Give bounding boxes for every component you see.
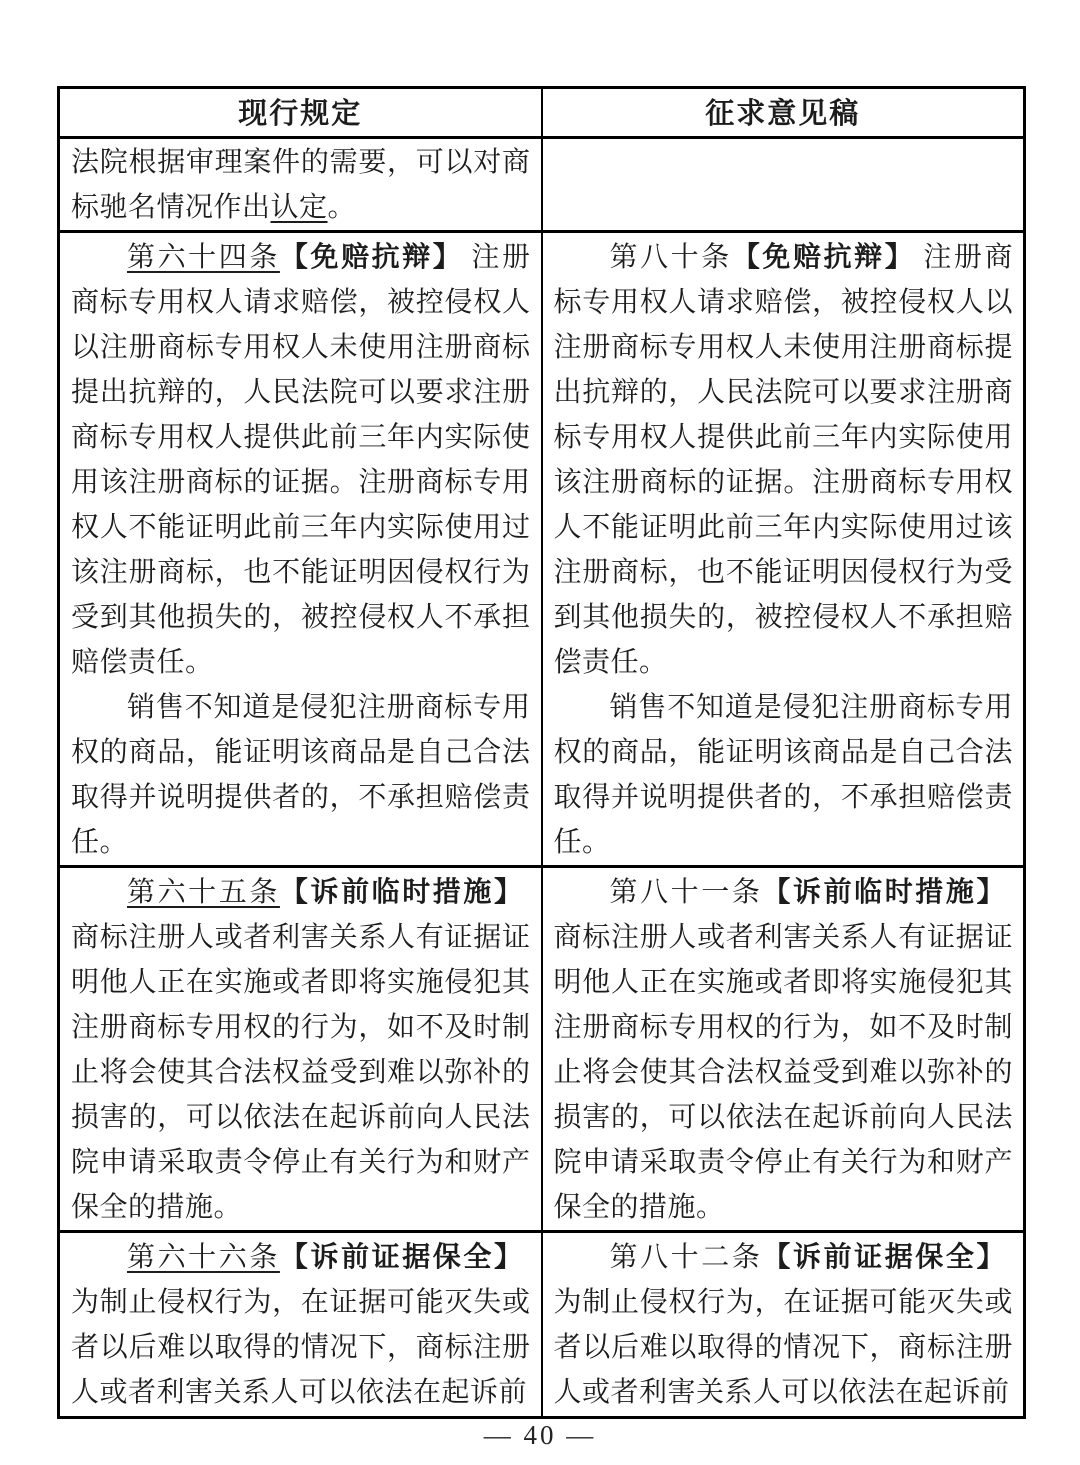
paragraph: 第六十四条【免赔抗辩】注册商标专用权人请求赔偿，被控侵权人以注册商标专用权人未使… <box>71 234 531 685</box>
paragraph-text: 注册商标专用权人请求赔偿，被控侵权人以注册商标专用权人未使用注册商标提出抗辩的，… <box>554 242 1014 678</box>
article-title: 【免赔抗辩】 <box>732 241 915 272</box>
cell-draft-article-81: 第八十一条【诉前临时措施】商标注册人或者利害关系人有证据证明他人正在实施或者即将… <box>542 867 1025 1232</box>
cell-current-carryover: 法院根据审理案件的需要，可以对商标驰名情况作出认定。 <box>59 138 542 232</box>
comparison-table: 现行规定 征求意见稿 法院根据审理案件的需要，可以对商标驰名情况作出认定。 第六… <box>57 86 1026 1419</box>
cell-draft-article-80: 第八十条【免赔抗辩】注册商标专用权人请求赔偿，被控侵权人以注册商标专用权人未使用… <box>542 232 1025 867</box>
page-number: — 40 — <box>0 1420 1080 1451</box>
paragraph-text: 商标注册人或者利害关系人有证据证明他人正在实施或者即将实施侵犯其注册商标专用权的… <box>71 922 531 1223</box>
paragraph-text: 注册商标专用权人请求赔偿，被控侵权人以注册商标专用权人未使用注册商标提出抗辩的，… <box>71 242 531 678</box>
article-title: 【诉前证据保全】 <box>762 1241 1005 1272</box>
column-header-current-provisions: 现行规定 <box>59 88 542 138</box>
paragraph: 法院根据审理案件的需要，可以对商标驰名情况作出认定。 <box>71 140 531 230</box>
paragraph-text: 商标注册人或者利害关系人有证据证明他人正在实施或者即将实施侵犯其注册商标专用权的… <box>554 922 1014 1223</box>
cell-draft-empty <box>542 138 1025 232</box>
article-number: 第八十条 <box>610 242 732 273</box>
underlined-term: 认定 <box>271 192 328 223</box>
article-number: 第六十六条 <box>127 1242 280 1273</box>
article-title: 【免赔抗辩】 <box>280 241 463 272</box>
table-row-article-64-80: 第六十四条【免赔抗辩】注册商标专用权人请求赔偿，被控侵权人以注册商标专用权人未使… <box>59 232 1025 867</box>
paragraph: 销售不知道是侵犯注册商标专用权的商品，能证明该商品是自己合法取得并说明提供者的，… <box>554 685 1014 865</box>
article-title: 【诉前临时措施】 <box>280 876 523 907</box>
table-header-row: 现行规定 征求意见稿 <box>59 88 1025 138</box>
article-number: 第八十一条 <box>610 877 763 908</box>
article-number: 第八十二条 <box>610 1242 763 1273</box>
paragraph: 第六十六条【诉前证据保全】为制止侵权行为，在证据可能灭失或者以后难以取得的情况下… <box>71 1234 531 1415</box>
cell-current-article-65: 第六十五条【诉前临时措施】商标注册人或者利害关系人有证据证明他人正在实施或者即将… <box>59 867 542 1232</box>
article-number: 第六十五条 <box>127 877 280 908</box>
cell-current-article-64: 第六十四条【免赔抗辩】注册商标专用权人请求赔偿，被控侵权人以注册商标专用权人未使… <box>59 232 542 867</box>
article-title: 【诉前临时措施】 <box>762 876 1005 907</box>
cell-draft-article-82: 第八十二条【诉前证据保全】为制止侵权行为，在证据可能灭失或者以后难以取得的情况下… <box>542 1232 1025 1418</box>
paragraph: 第八十条【免赔抗辩】注册商标专用权人请求赔偿，被控侵权人以注册商标专用权人未使用… <box>554 234 1014 685</box>
table-row-article-65-81: 第六十五条【诉前临时措施】商标注册人或者利害关系人有证据证明他人正在实施或者即将… <box>59 867 1025 1232</box>
paragraph: 第八十二条【诉前证据保全】为制止侵权行为，在证据可能灭失或者以后难以取得的情况下… <box>554 1234 1014 1415</box>
article-title: 【诉前证据保全】 <box>280 1241 523 1272</box>
paragraph: 第八十一条【诉前临时措施】商标注册人或者利害关系人有证据证明他人正在实施或者即将… <box>554 869 1014 1230</box>
column-header-draft-for-comments: 征求意见稿 <box>542 88 1025 138</box>
paragraph: 第六十五条【诉前临时措施】商标注册人或者利害关系人有证据证明他人正在实施或者即将… <box>71 869 531 1230</box>
table-row-carryover: 法院根据审理案件的需要，可以对商标驰名情况作出认定。 <box>59 138 1025 232</box>
paragraph-text: 为制止侵权行为，在证据可能灭失或者以后难以取得的情况下，商标注册人或者利害关系人… <box>554 1287 1014 1408</box>
table-row-article-66-82: 第六十六条【诉前证据保全】为制止侵权行为，在证据可能灭失或者以后难以取得的情况下… <box>59 1232 1025 1418</box>
paragraph-text: 销售不知道是侵犯注册商标专用权的商品，能证明该商品是自己合法取得并说明提供者的，… <box>554 692 1014 858</box>
paragraph-text: 。 <box>328 192 357 223</box>
article-number: 第六十四条 <box>127 242 280 273</box>
paragraph: 销售不知道是侵犯注册商标专用权的商品，能证明该商品是自己合法取得并说明提供者的，… <box>71 685 531 865</box>
paragraph-text: 销售不知道是侵犯注册商标专用权的商品，能证明该商品是自己合法取得并说明提供者的，… <box>71 692 531 858</box>
paragraph-text: 为制止侵权行为，在证据可能灭失或者以后难以取得的情况下，商标注册人或者利害关系人… <box>71 1287 531 1408</box>
document-page: 现行规定 征求意见稿 法院根据审理案件的需要，可以对商标驰名情况作出认定。 第六… <box>0 0 1080 1465</box>
cell-current-article-66: 第六十六条【诉前证据保全】为制止侵权行为，在证据可能灭失或者以后难以取得的情况下… <box>59 1232 542 1418</box>
